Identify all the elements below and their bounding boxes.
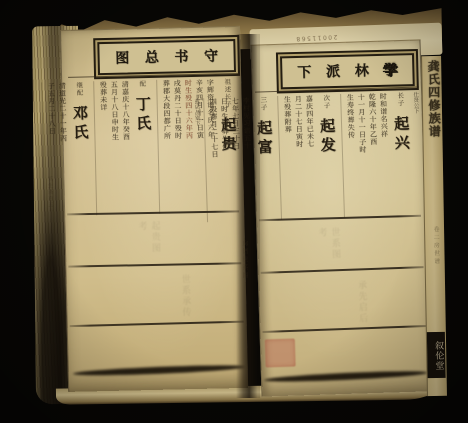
relation-label: 继配 — [75, 81, 83, 96]
person-name-column: 继配 邓氏 — [69, 81, 93, 215]
plate-char: 书 — [174, 50, 188, 64]
relation-label: 次子 — [322, 94, 330, 109]
plate-char: 总 — [145, 50, 159, 64]
person-name: 邓氏 — [71, 105, 90, 143]
person-name-column: 配 丁氏 — [132, 80, 156, 214]
plate-char: 下 — [297, 65, 311, 79]
plate-char: 林 — [355, 64, 369, 78]
genealogy-entry: 长子 起兴 时和谱名兴祥 乾隆六十年乙酉 十一月十一日子时 生寿终葬失传 — [340, 92, 415, 218]
person-name: 起兴 — [392, 115, 411, 154]
plate-char: 派 — [326, 64, 340, 78]
genealogy-entry: 配 丁氏 清嘉庆十八年癸酉 五月十八日申时生 殁葬未详 — [93, 80, 156, 215]
edge-hall-label: 叙伦堂 — [427, 332, 446, 378]
person-name-column: 次子 起发 — [316, 94, 341, 219]
entry-note: 清嘉庆十八年癸酉 — [120, 80, 133, 214]
person-name: 起富 — [255, 120, 274, 159]
bleed-through-text: 世系图考 — [315, 227, 342, 268]
row-divider-line — [263, 325, 427, 333]
person-name-column: 三子 起富 — [253, 96, 278, 221]
plate-char: 守 — [204, 49, 218, 63]
book-title-on-edge: 龚氏四修族谱 — [425, 60, 445, 210]
bleed-through-text: 承先启后 — [355, 280, 369, 324]
plate-char: 学 — [383, 63, 397, 77]
genealogy-entry: 继配 邓氏 清道光二十一年丙 子五月二十八日 — [41, 81, 93, 216]
inked-frame-band — [264, 369, 428, 383]
row-divider-line — [70, 321, 244, 328]
right-title-plate: 下 派 林 学 — [280, 53, 415, 89]
catalog-stamp-number: 20011568 — [295, 33, 338, 42]
edge-volume-text: 卷二房世谱 — [431, 226, 442, 326]
row-divider-line — [68, 262, 241, 267]
relation-label: 配 — [138, 80, 146, 88]
red-seal-stamp — [265, 339, 296, 368]
genealogy-entry: 三子 起富 李村见习谱五十 七年七月三十日 日时生殁葬失传 四殁葬月二十七日 — [203, 96, 278, 222]
person-name: 起发 — [318, 118, 337, 157]
right-genealogy-section: 仕贤公下 长子 起兴 时和谱名兴祥 乾隆六十年乙酉 十一月十一日子时 生寿终葬失… — [255, 86, 423, 220]
left-title-plate: 图 总 书 守 — [97, 39, 236, 75]
bleed-through-text: 起贵图考 — [135, 221, 162, 262]
row-divider-line — [261, 266, 424, 274]
inked-frame-band — [73, 363, 245, 377]
entry-note: 清道光二十一年丙 — [57, 82, 70, 216]
person-name: 丁氏 — [134, 96, 153, 134]
gutter-curl-text: 房谱世系图 — [240, 240, 249, 360]
right-page: 下 派 林 学 仕贤公下 长子 起兴 时和谱名兴祥 乾隆六十年乙酉 十一月十一日… — [251, 39, 432, 396]
relation-label: 三子 — [259, 96, 267, 111]
plate-char: 图 — [115, 51, 129, 65]
bleed-through-text: 世系承传 — [179, 274, 193, 318]
genealogy-entry: 次子 起发 嘉庆四年已未七 月二十七日寅时 生殁葬附葬 — [277, 94, 341, 220]
relation-label: 长子 — [396, 92, 404, 107]
photo-of-genealogy-book: 20011568 卷十二房谱世系图 笃生斋百五十 图 总 书 守 祖述长子 起贵… — [0, 0, 468, 423]
